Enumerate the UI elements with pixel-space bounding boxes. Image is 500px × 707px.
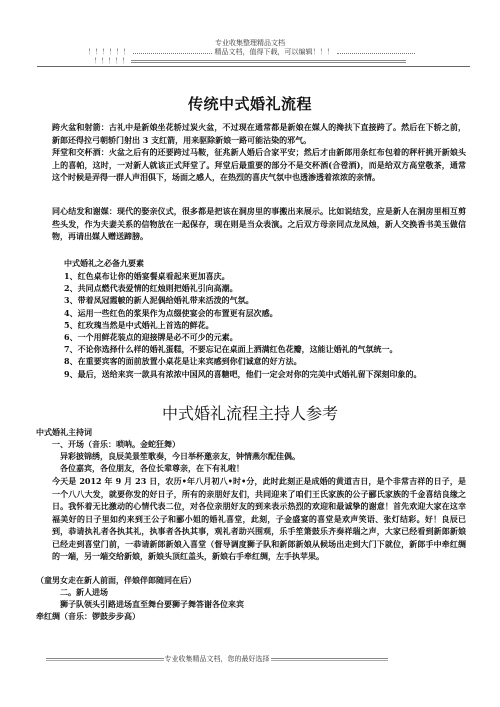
part2-line: 狮子队领头引路进场直至舞台要狮子舞答谢各位来宾 (60, 599, 244, 610)
paragraph-fire-basin: 跨火盆和射箭：古礼中是新娘坐花轿过炭火盆，不过现在通常都是新娘在媒人的搀扶下直接… (36, 121, 466, 146)
list-item: 4、运用一些红色的浆果作为点缀使宴会的布置更有层次感。 (64, 307, 474, 319)
paragraph-text: 今天是 2012 年 9 月 23 日，农历•年八月初八•时•分，此时此刻正是成… (36, 475, 466, 563)
dotted-leader (337, 53, 416, 54)
footer-rule-left (46, 658, 164, 661)
section2-title: 中式婚礼流程主持人参考 (0, 401, 500, 424)
header-rule (37, 66, 470, 67)
nine-elements-list: 1、红色桌布让你的婚宴餐桌看起来更加喜庆。 2、共同点燃代表爱情的红烛则把婚礼引… (64, 270, 474, 380)
double-rule (131, 60, 406, 63)
footer-text: 专业收集精品文档，您的最好选择 (164, 654, 271, 664)
section1-title: 传统中式婚礼流程 (0, 93, 500, 114)
list-item: 2、共同点燃代表爱情的红烛则把婚礼引向高潮。 (64, 282, 474, 294)
paragraph-text: 拜堂和交杯酒：火盆之后有的还要跨过马鞍，征兆新人婚后合家平安；然后才由新郎用条红… (36, 146, 466, 184)
part3-heading: 牵红绸（音乐：锣鼓步步高） (36, 611, 140, 622)
footer-rule-right (271, 658, 389, 661)
part2-heading: 二。新人进场 (60, 587, 108, 598)
list-item: 1、红色桌布让你的婚宴餐桌看起来更加喜庆。 (64, 270, 474, 282)
list-item: 8、在重要宾客的面前放置小桌花是让来宾感到你们诚意的好方法。 (64, 355, 474, 367)
paragraph-text: 跨火盆和射箭：古礼中是新娘坐花轿过炭火盆，不过现在通常都是新娘在媒人的搀扶下直接… (36, 121, 466, 146)
list-item: 9、最后，送给来宾一款具有浓浓中国风的喜糖吧，他们一定会对你的完美中式婚礼留下深… (64, 368, 474, 380)
part1-heading: 一、开场（音乐：唢呐。金蛇狂舞） (52, 439, 180, 450)
list-heading: 中式婚礼之必备九要素 (64, 258, 144, 269)
main-host-paragraph: 今天是 2012 年 9 月 23 日，农历•年八月初八•时•分，此时此刻正是成… (36, 475, 466, 563)
list-item: 7、不论你选择什么样的婚礼蛋糕，不要忘记在桌面上洒满红色花瓣，这能让婚礼的气氛统… (64, 343, 474, 355)
greeting-line: 各位嘉宾，各位朋友，各位长辈尊亲，在下有礼啦！ (60, 463, 244, 474)
header-separator-line: ！！！！！ (94, 56, 406, 66)
dotted-leader (133, 53, 212, 54)
list-item: 6、一个用鲜花装点的迎接牌是必不可少的元素。 (64, 331, 474, 343)
header-exclaim-prefix-2: ！！！！！ (94, 56, 129, 66)
aside-note: （童男女走在新人前面，伴娘伴郎随同在后） (36, 575, 196, 586)
opening-verse: 异彩披锦绣，良辰美景笙歌奏，今日举杯邀亲友，钟情燕尔配佳偶。 (60, 451, 300, 462)
paragraph-worship: 拜堂和交杯酒：火盆之后有的还要跨过马鞍，征兆新人婚后合家平安；然后才由新郎用条红… (36, 146, 466, 184)
host-script-label: 中式婚礼主持词 (36, 427, 92, 438)
paragraph-hair-knot: 同心结发和谢媒：现代的娶亲仪式，很多都是把该在洞房里的事搬出来展示。比如说结发，… (36, 205, 466, 243)
footer: 专业收集精品文档，您的最好选择 (46, 654, 388, 664)
list-item: 3、带着凤冠霞帔的新人泥偶给婚礼带来活泼的气氛。 (64, 294, 474, 306)
paragraph-text: 同心结发和谢媒：现代的娶亲仪式，很多都是把该在洞房里的事搬出来展示。比如说结发，… (36, 205, 466, 243)
list-item: 5、红玫瑰当然是中式婚礼上首选的鲜花。 (64, 319, 474, 331)
